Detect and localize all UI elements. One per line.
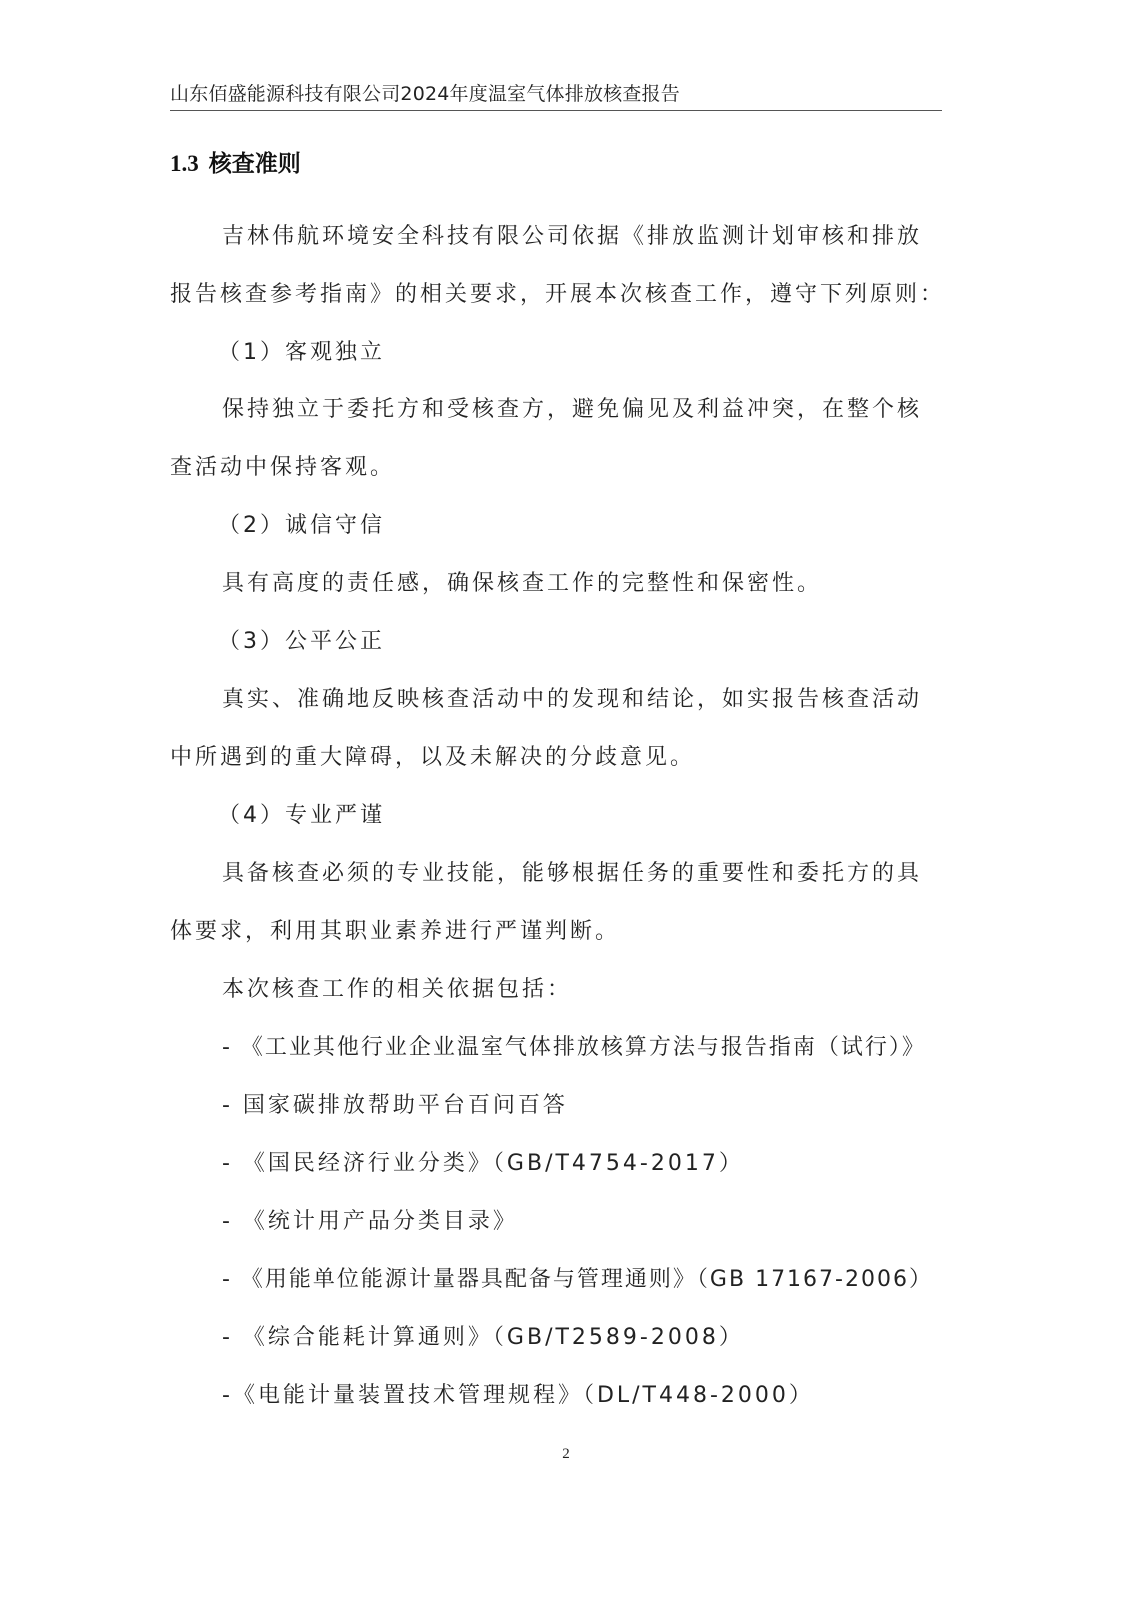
principle-4-body-line-2: 体要求，利用其职业素养进行严谨判断。	[170, 914, 942, 950]
principle-1-body-line-1: 保持独立于委托方和受核查方，避免偏见及利益冲突，在整个核	[170, 392, 994, 428]
intro-paragraph-line-1: 吉林伟航环境安全科技有限公司依据《排放监测计划审核和排放	[170, 219, 994, 255]
principle-3-body-line-1: 真实、准确地反映核查活动中的发现和结论，如实报告核查活动	[170, 682, 994, 718]
principle-4-body-line-1: 具备核查必须的专业技能，能够根据任务的重要性和委托方的具	[170, 856, 994, 892]
principle-2-heading: （2）诚信守信	[170, 508, 990, 544]
basis-item-2: - 国家碳排放帮助平台百问百答	[170, 1088, 994, 1124]
principle-2-body-line-1: 具有高度的责任感，确保核查工作的完整性和保密性。	[170, 566, 994, 602]
page-number: 2	[0, 1446, 1132, 1463]
basis-intro: 本次核查工作的相关依据包括：	[170, 972, 994, 1008]
basis-item-4: - 《统计用产品分类目录》	[170, 1204, 994, 1240]
basis-item-6: - 《综合能耗计算通则》（GB/T2589-2008）	[170, 1320, 994, 1356]
principle-1-heading: （1）客观独立	[170, 335, 990, 371]
principle-3-body-line-2: 中所遇到的重大障碍，以及未解决的分歧意见。	[170, 740, 942, 776]
principle-1-body-line-2: 查活动中保持客观。	[170, 450, 942, 486]
basis-item-3: - 《国民经济行业分类》（GB/T4754-2017）	[170, 1146, 994, 1182]
section-number: 1.3	[170, 151, 199, 176]
basis-item-7: -《电能计量装置技术管理规程》（DL/T448-2000）	[170, 1378, 994, 1414]
principle-3-heading: （3）公平公正	[170, 624, 990, 660]
running-header: 山东佰盛能源科技有限公司2024年度温室气体排放核查报告	[170, 78, 942, 111]
section-heading: 1.3核查准则	[170, 146, 301, 182]
basis-item-5: - 《用能单位能源计量器具配备与管理通则》（GB 17167-2006）	[170, 1262, 994, 1298]
principle-4-heading: （4）专业严谨	[170, 798, 990, 834]
intro-paragraph-line-2: 报告核查参考指南》的相关要求，开展本次核查工作，遵守下列原则：	[170, 277, 942, 313]
section-title-text: 核查准则	[209, 151, 301, 177]
basis-item-1: - 《工业其他行业企业温室气体排放核算方法与报告指南（试行）》	[170, 1030, 994, 1066]
